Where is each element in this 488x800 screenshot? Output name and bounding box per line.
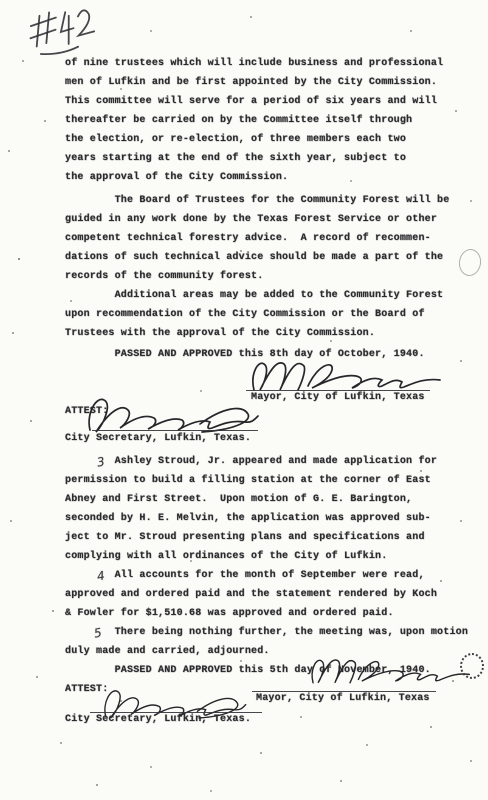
typed-line: of nine trustees which will include busi… <box>65 58 443 70</box>
typed-line: seconded by H. E. Melvin, the applicatio… <box>65 513 431 525</box>
typed-line: All accounts for the month of September … <box>65 570 425 582</box>
handwritten-corner-note <box>24 0 111 65</box>
mayor-title: Mayor, City of Lufkin, Texas <box>256 693 430 705</box>
secretary-title: City Secretary, Lufkin, Texas. <box>65 433 251 445</box>
typed-line: men of Lufkin and be first appointed by … <box>65 77 437 89</box>
typed-line: ject to Mr. Stroud presenting plans and … <box>65 532 425 544</box>
typed-line: permission to build a filling station at… <box>65 475 431 487</box>
typed-line: approved and ordered paid and the statem… <box>65 589 437 601</box>
typed-line: thereafter be carried on by the Committe… <box>65 115 412 127</box>
typed-line: upon recommendation of the City Commissi… <box>65 309 425 321</box>
secretary-title: City Secretary, Lufkin, Texas. <box>65 714 251 726</box>
typed-line: & Fowler for $1,510.68 was approved and … <box>65 608 394 620</box>
signature-rule <box>246 390 430 391</box>
typed-line: There being nothing further, the meeting… <box>65 627 468 639</box>
typed-line: guided in any work done by the Texas For… <box>65 214 437 226</box>
typed-line: duly made and carried, adjourned. <box>65 646 270 658</box>
typed-line: complying with all ordinances of the Cit… <box>65 551 387 563</box>
typed-line: Abney and First Street. Upon motion of G… <box>65 494 412 506</box>
punch-ring-artifact <box>457 248 483 278</box>
scanner-noise-specks <box>0 0 2 2</box>
mayor-signature <box>308 650 476 692</box>
mayor-title: Mayor, City of Lufkin, Texas <box>251 392 425 404</box>
ink-ring-artifact <box>460 653 484 679</box>
typed-line: the election, or re-election, of three m… <box>65 134 406 146</box>
typed-line: This committee will serve for a period o… <box>65 96 437 108</box>
typed-line: Ashley Stroud, Jr. appeared and made app… <box>65 456 437 468</box>
typed-line: the approval of the City Commission. <box>65 172 288 184</box>
typed-line: dations of such technical advice should … <box>65 252 443 264</box>
scanned-minutes-page: of nine trustees which will include busi… <box>0 0 488 800</box>
signature-rule <box>252 691 436 692</box>
signature-rule <box>90 712 262 713</box>
signature-rule <box>92 430 258 431</box>
typed-line: competent technical forestry advice. A r… <box>65 233 431 245</box>
typed-line: Trustees with the approval of the City C… <box>65 328 375 340</box>
typed-line: years starting at the end of the sixth y… <box>65 153 406 165</box>
typed-line: records of the community forest. <box>65 271 263 283</box>
typed-line: Additional areas may be added to the Com… <box>65 290 443 302</box>
typed-line: The Board of Trustees for the Community … <box>65 195 449 207</box>
